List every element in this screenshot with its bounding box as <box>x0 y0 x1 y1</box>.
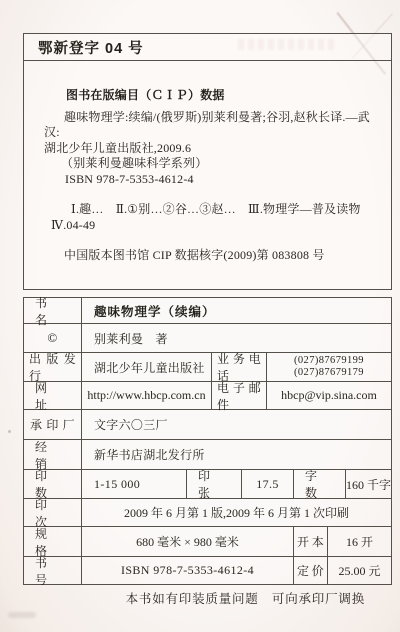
row-label: 书 号 <box>24 557 81 584</box>
row-label: 经 销 <box>24 440 81 469</box>
row-label: 出版发行 <box>24 353 81 381</box>
business-phone-label: 业务电话 <box>211 353 266 381</box>
cip-description-line1: 趣味物理学:续编/(俄罗斯)别莱利曼著;谷羽,赵秋长译.—武汉: <box>44 110 373 141</box>
website-url: http://www.hbcp.com.cn <box>81 382 211 409</box>
table-row-publisher: 出版发行 湖北少年儿童出版社 业务电话 (027)87679199 (027)8… <box>24 352 391 381</box>
row-label: 承 印 厂 <box>24 410 81 439</box>
table-row-print-run: 印 数 1-15 000 印 张 17.5 字 数 160 千字 <box>24 469 391 498</box>
cip-record-number: 中国版本图书馆 CIP 数据核字(2009)第 083808 号 <box>64 248 373 264</box>
cip-description-line2: 湖北少年儿童出版社,2009.6 <box>44 141 373 157</box>
email-label: 电子邮件 <box>211 382 266 409</box>
registration-band: 鄂新登字 04 号 <box>24 34 391 61</box>
copyright-symbol: © <box>24 324 81 352</box>
cip-heading: 图书在版编目（ＣＩＰ）数据 <box>66 88 373 104</box>
printer-value: 文字六〇三厂 <box>81 410 391 439</box>
table-row-format: 规 格 680 毫米 × 980 毫米 开本 16 开 <box>24 526 391 556</box>
format-value: 680 毫米 × 980 毫米 <box>81 527 293 556</box>
edition-value: 2009 年 6 月第 1 版,2009 年 6 月第 1 次印刷 <box>81 499 391 526</box>
word-count-value: 160 千字 <box>345 470 391 498</box>
author-value: 别莱利曼 著 <box>81 324 391 352</box>
quality-exchange-note: 本书如有印装质量问题 可向承印厂调换 <box>126 589 365 607</box>
cip-data-box: 鄂新登字 04 号 图书在版编目（ＣＩＰ）数据 趣味物理学:续编/(俄罗斯)别莱… <box>23 33 392 290</box>
colophon-table: 书 名 趣味物理学（续编） © 别莱利曼 著 出版发行 湖北少年儿童出版社 业务… <box>23 297 392 585</box>
word-count-label: 字 数 <box>293 470 345 498</box>
scanned-book-copyright-page: 鄂新登字 04 号 图书在版编目（ＣＩＰ）数据 趣味物理学:续编/(俄罗斯)别莱… <box>0 0 400 632</box>
table-row-printer: 承 印 厂 文字六〇三厂 <box>24 409 391 439</box>
table-row-book-number: 书 号 ISBN 978-7-5353-4612-4 定价 25.00 元 <box>24 556 391 584</box>
publisher-value: 湖北少年儿童出版社 <box>81 353 211 381</box>
registration-number: 鄂新登字 04 号 <box>38 37 144 58</box>
table-row-copyright: © 别莱利曼 著 <box>24 323 391 352</box>
distributor-value: 新华书店湖北发行所 <box>81 440 391 469</box>
business-phone-numbers: (027)87679199 (027)87679179 <box>266 353 391 381</box>
print-run-value: 1-15 000 <box>81 470 186 498</box>
email-value: hbcp@vip.sina.com <box>266 382 391 409</box>
sheets-value: 17.5 <box>241 470 293 498</box>
price-value: 25.00 元 <box>327 557 391 584</box>
table-row-title: 书 名 趣味物理学（续编） <box>24 298 391 323</box>
price-label: 定价 <box>293 557 327 584</box>
row-label: 印 数 <box>24 470 81 498</box>
scan-speck <box>8 430 11 433</box>
table-row-edition: 印 次 2009 年 6 月第 1 版,2009 年 6 月第 1 次印刷 <box>24 498 391 526</box>
row-label: 印 次 <box>24 499 81 526</box>
table-row-distributor: 经 销 新华书店湖北发行所 <box>24 439 391 469</box>
row-label: 规 格 <box>24 527 81 556</box>
row-label: 书 名 <box>24 298 81 323</box>
cip-isbn: ISBN 978-7-5353-4612-4 <box>65 172 373 188</box>
trim-size-value: 16 开 <box>327 527 391 556</box>
cip-content: 图书在版编目（ＣＩＰ）数据 趣味物理学:续编/(俄罗斯)别莱利曼著;谷羽,赵秋长… <box>24 61 391 264</box>
isbn-value: ISBN 978-7-5353-4612-4 <box>81 557 293 584</box>
cip-series-note: （别莱利曼趣味科学系列） <box>61 156 373 172</box>
trim-size-label: 开本 <box>293 527 327 556</box>
scan-smudge <box>8 612 36 618</box>
sheets-label: 印 张 <box>186 470 241 498</box>
cip-classification-line2: Ⅳ.04-49 <box>51 218 373 234</box>
book-title-value: 趣味物理学（续编） <box>81 298 391 323</box>
row-label: 网 址 <box>24 382 81 409</box>
table-row-website: 网 址 http://www.hbcp.com.cn 电子邮件 hbcp@vip… <box>24 381 391 409</box>
cip-classification-line1: Ⅰ.趣… Ⅱ.①别…②谷…③赵… Ⅲ.物理学—普及读物 <box>71 202 373 218</box>
